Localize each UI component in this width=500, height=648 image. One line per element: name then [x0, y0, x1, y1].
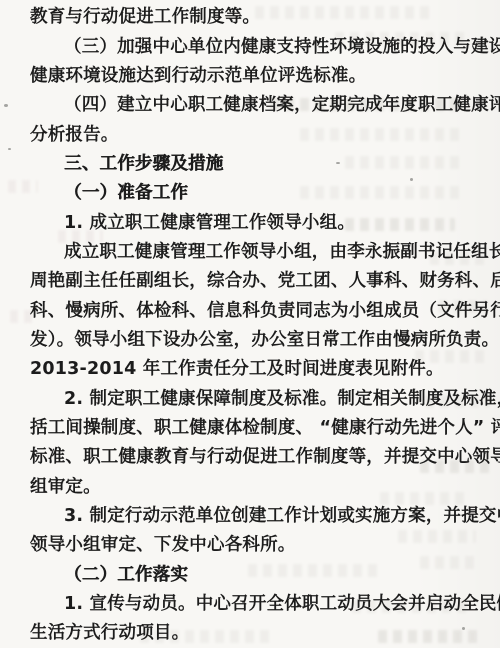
line-text: 2. 制定职工健康保障制度及标准。制定相关制度及标准，包 [64, 385, 500, 410]
line-text: （三）加强中心单位内健康支持性环境设施的投入与建设， [64, 33, 500, 58]
document-text: 教育与行动促进工作制度等。（三）加强中心单位内健康支持性环境设施的投入与建设，健… [0, 0, 500, 648]
line-text: 领导小组审定、下发中心各科所。 [30, 531, 296, 556]
document-line: 成立职工健康管理工作领导小组，由李永振副书记任组长、 [0, 236, 500, 265]
document-line: 生活方式行动项目。 [0, 617, 500, 646]
line-text: 1. 宣传与动员。中心召开全体职工动员大会并启动全民健康 [64, 590, 500, 615]
document-heading-line: （二）工作落实 [0, 559, 500, 588]
document-heading-line: （一）准备工作 [0, 177, 500, 206]
line-text: 教育与行动促进工作制度等。 [30, 3, 260, 28]
document-line: 2013-2014 年工作责任分工及时间进度表见附件。 [0, 353, 500, 382]
line-text: 发）。领导小组下设办公室，办公室日常工作由慢病所负责。 [30, 326, 499, 351]
line-text: 括工间操制度、职工健康体检制度、 “健康行动先进个人” 评选 [30, 414, 500, 439]
document-line: 1. 宣传与动员。中心召开全体职工动员大会并启动全民健康 [0, 588, 500, 617]
line-text: 成立职工健康管理工作领导小组，由李永振副书记任组长、 [64, 238, 500, 263]
document-line: 分析报告。 [0, 118, 500, 147]
document-line: 标准、职工健康教育与行动促进工作制度等，并提交中心领导小 [0, 441, 500, 470]
line-text: （四）建立中心职工健康档案，定期完成年度职工健康评估 [64, 91, 500, 116]
document-line: 2. 制定职工健康保障制度及标准。制定相关制度及标准，包 [0, 382, 500, 411]
scanned-document-page: 教育与行动促进工作制度等。（三）加强中心单位内健康支持性环境设施的投入与建设，健… [0, 0, 500, 648]
document-line: 健康环境设施达到行动示范单位评选标准。 [0, 60, 500, 89]
line-text: 科、慢病所、体检科、信息科负责同志为小组成员（文件另行下 [30, 297, 500, 322]
document-line: 括工间操制度、职工健康体检制度、 “健康行动先进个人” 评选 [0, 412, 500, 441]
line-text: （一）准备工作 [64, 179, 188, 204]
line-text: 生活方式行动项目。 [30, 619, 189, 644]
line-text: 标准、职工健康教育与行动促进工作制度等，并提交中心领导小 [30, 443, 500, 468]
document-line: 组审定。 [0, 471, 500, 500]
document-line: 发）。领导小组下设办公室，办公室日常工作由慢病所负责。 [0, 324, 500, 353]
document-line: 3. 制定行动示范单位创建工作计划或实施方案，并提交中心 [0, 500, 500, 529]
document-line: 1. 成立职工健康管理工作领导小组。 [0, 206, 500, 235]
line-text: 2013-2014 年工作责任分工及时间进度表见附件。 [30, 355, 444, 380]
line-text: 3. 制定行动示范单位创建工作计划或实施方案，并提交中心 [64, 502, 500, 527]
document-line: （四）建立中心职工健康档案，定期完成年度职工健康评估 [0, 89, 500, 118]
line-text: 三、工作步骤及措施 [64, 150, 223, 175]
document-line: （三）加强中心单位内健康支持性环境设施的投入与建设， [0, 30, 500, 59]
line-text: 健康环境设施达到行动示范单位评选标准。 [30, 62, 366, 87]
document-heading-line: 三、工作步骤及措施 [0, 148, 500, 177]
line-text: （二）工作落实 [64, 561, 188, 586]
document-line: 周艳副主任任副组长，综合办、党工团、人事科、财务科、后保 [0, 265, 500, 294]
document-line: 领导小组审定、下发中心各科所。 [0, 529, 500, 558]
line-text: 分析报告。 [30, 121, 119, 146]
document-line: 科、慢病所、体检科、信息科负责同志为小组成员（文件另行下 [0, 294, 500, 323]
line-text: 1. 成立职工健康管理工作领导小组。 [64, 209, 355, 234]
document-line: 教育与行动促进工作制度等。 [0, 1, 500, 30]
line-text: 周艳副主任任副组长，综合办、党工团、人事科、财务科、后保 [30, 267, 500, 292]
line-text: 组审定。 [30, 473, 101, 498]
